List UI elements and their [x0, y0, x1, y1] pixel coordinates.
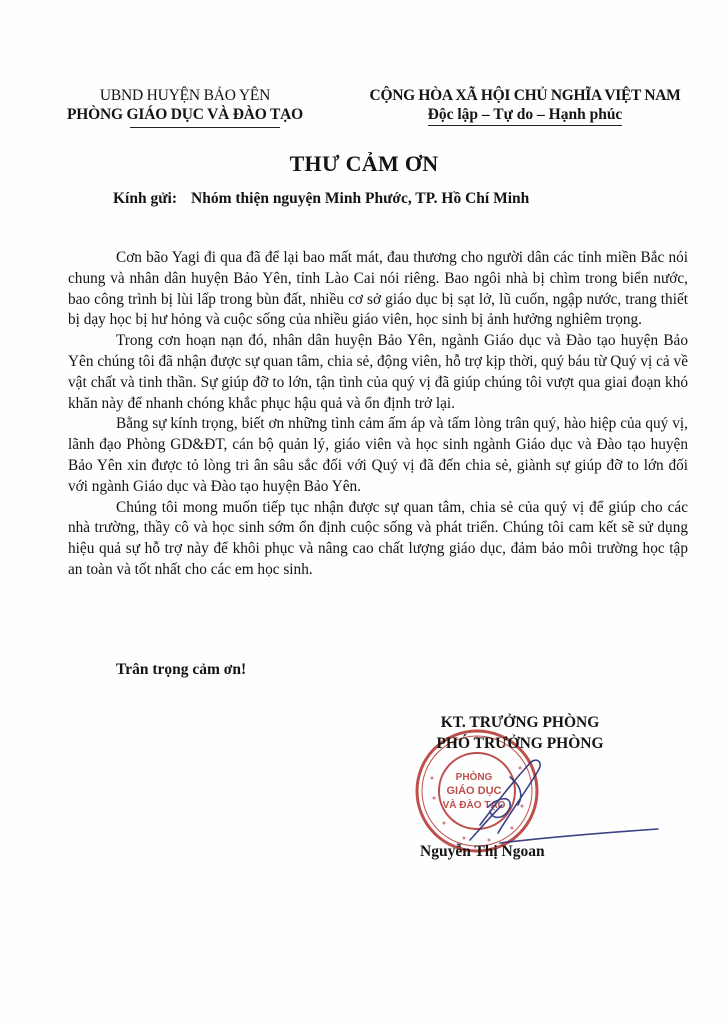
letter-page: UBND HUYỆN BẢO YÊN PHÒNG GIÁO DỤC VÀ ĐÀO…	[0, 0, 728, 1024]
national-motto: CỘNG HÒA XÃ HỘI CHỦ NGHĨA VIỆT NAM Độc l…	[330, 86, 720, 126]
recipient-line: Kính gửi:Nhóm thiện nguyện Minh Phước, T…	[113, 190, 529, 208]
issuing-authority: UBND HUYỆN BẢO YÊN PHÒNG GIÁO DỤC VÀ ĐÀO…	[50, 86, 320, 128]
recipient-label: Kính gửi:	[113, 190, 177, 207]
paragraph: Cơn bão Yagi đi qua đã để lại bao mất má…	[68, 248, 688, 331]
signer-name: Nguyễn Thị Ngoan	[420, 843, 545, 861]
country-name: CỘNG HÒA XÃ HỘI CHỦ NGHĨA VIỆT NAM	[330, 86, 720, 105]
letter-body: Cơn bão Yagi đi qua đã để lại bao mất má…	[68, 248, 688, 581]
motto: Độc lập – Tự do – Hạnh phúc	[428, 105, 623, 126]
paragraph: Chúng tôi mong muốn tiếp tục nhận được s…	[68, 498, 688, 581]
authority-department: PHÒNG GIÁO DỤC VÀ ĐÀO TẠO	[50, 105, 320, 124]
authority-underline	[130, 127, 280, 128]
paragraph: Bằng sự kính trọng, biết ơn những tình c…	[68, 414, 688, 497]
authority-district: UBND HUYỆN BẢO YÊN	[50, 86, 320, 105]
paragraph: Trong cơn hoạn nạn đó, nhân dân huyện Bả…	[68, 331, 688, 414]
recipient-name: Nhóm thiện nguyện Minh Phước, TP. Hồ Chí…	[191, 190, 529, 207]
document-title: THƯ CẢM ƠN	[0, 151, 728, 177]
signatory-title-1: KT. TRƯỞNG PHÒNG	[400, 712, 640, 733]
signatory-title-2: PHÓ TRƯỞNG PHÒNG	[400, 733, 640, 754]
handwritten-signature-icon	[440, 745, 660, 855]
closing-line: Trân trọng cảm ơn!	[116, 661, 246, 679]
signature-block: KT. TRƯỞNG PHÒNG PHÓ TRƯỞNG PHÒNG	[400, 712, 640, 754]
